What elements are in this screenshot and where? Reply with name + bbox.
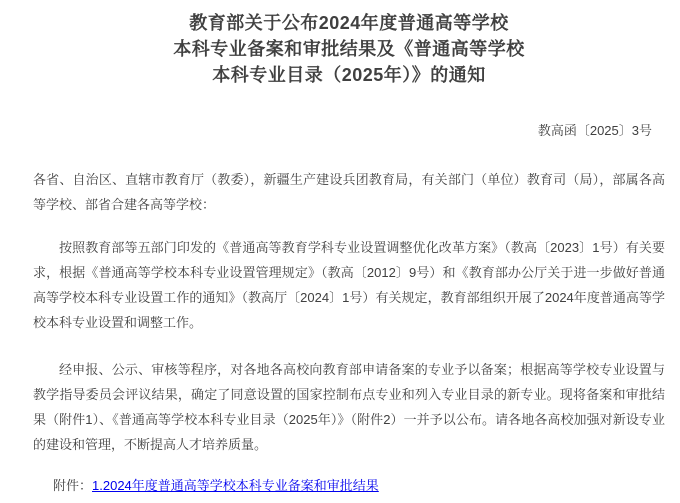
title-line-3: 本科专业目录（2025年）》的通知	[33, 62, 665, 88]
body-paragraph-2: 经申报、公示、审核等程序，对各地各高校向教育部申请备案的专业予以备案；根据高等学…	[33, 357, 665, 457]
attachment-label: 附件：	[53, 478, 92, 493]
attachment-1-link[interactable]: 1.2024年度普通高等学校本科专业备案和审批结果	[92, 478, 379, 493]
page-title: 教育部关于公布2024年度普通高等学校 本科专业备案和审批结果及《普通高等学校 …	[33, 10, 665, 88]
document-number: 教高函〔2025〕3号	[33, 118, 665, 143]
body-paragraph-1: 按照教育部等五部门印发的《普通高等教育学科专业设置调整优化改革方案》（教高〔20…	[33, 235, 665, 335]
salutation-paragraph: 各省、自治区、直辖市教育厅（教委），新疆生产建设兵团教育局，有关部门（单位）教育…	[33, 167, 665, 217]
title-line-2: 本科专业备案和审批结果及《普通高等学校	[33, 36, 665, 62]
attachment-line: 附件：1.2024年度普通高等学校本科专业备案和审批结果	[33, 473, 665, 498]
title-line-1: 教育部关于公布2024年度普通高等学校	[33, 10, 665, 36]
notice-document: 教育部关于公布2024年度普通高等学校 本科专业备案和审批结果及《普通高等学校 …	[0, 0, 680, 503]
